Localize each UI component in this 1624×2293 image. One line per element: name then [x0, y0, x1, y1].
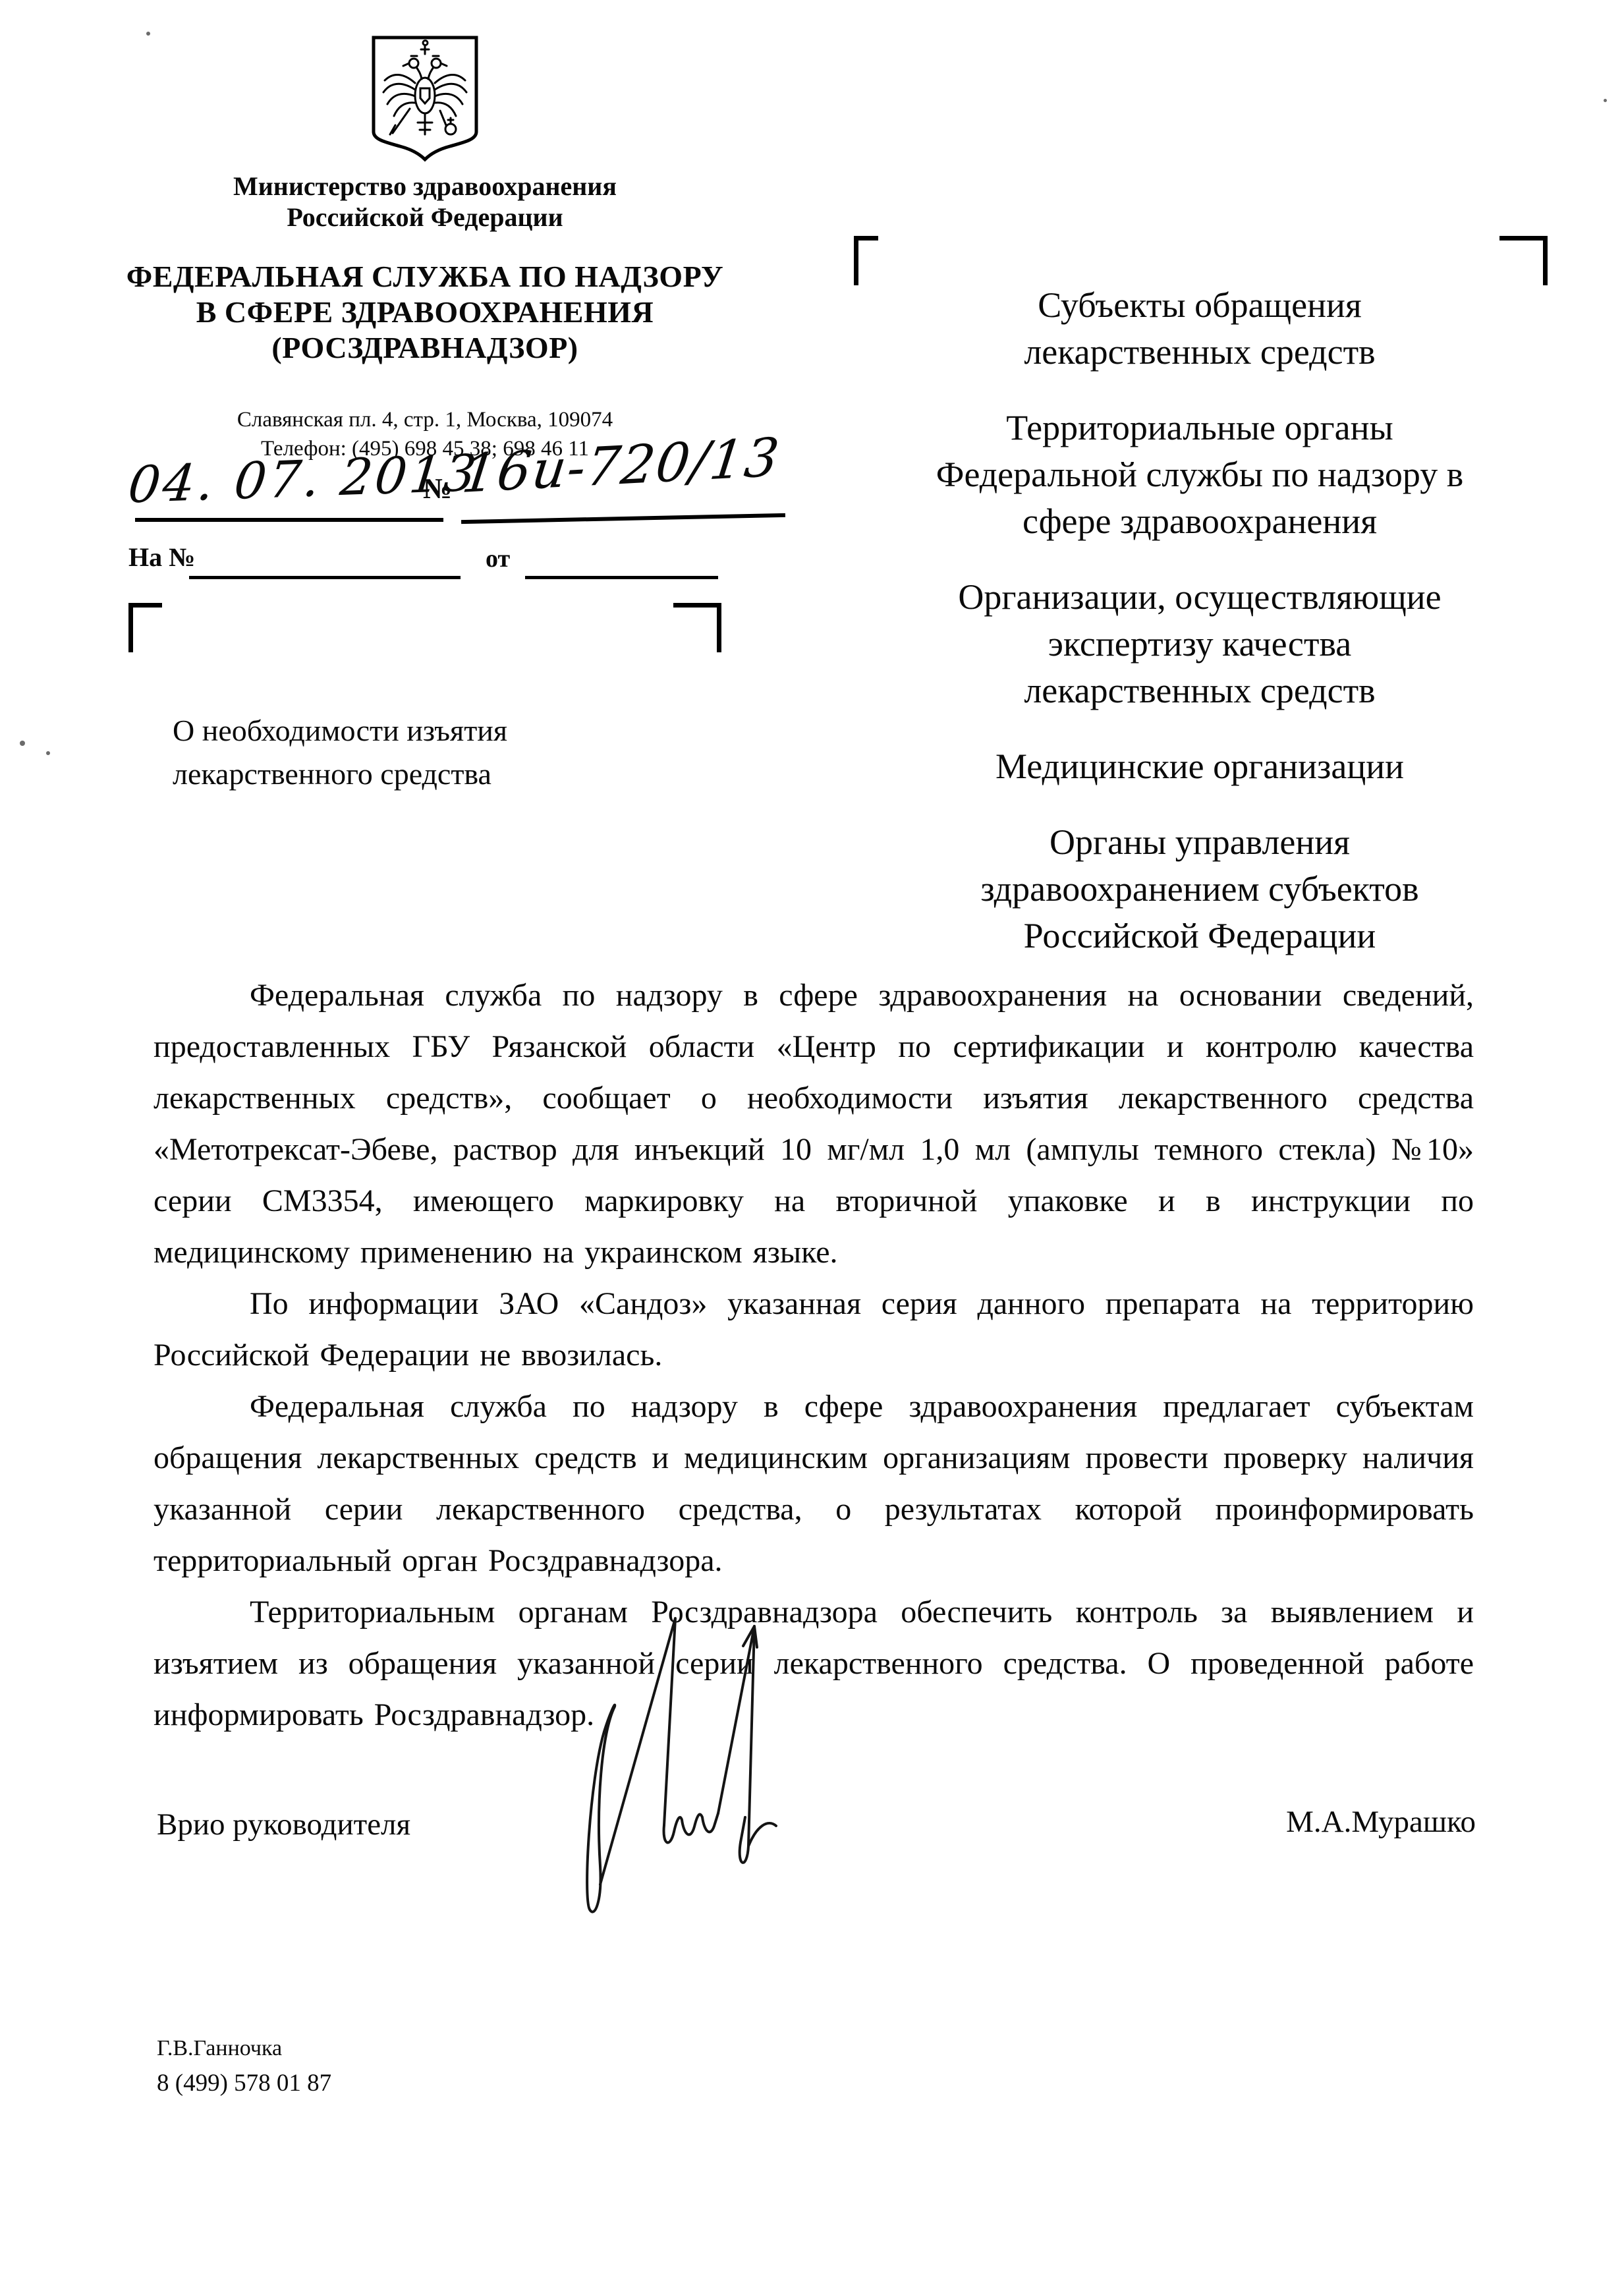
- reply-from-label: от: [486, 544, 510, 573]
- body-paragraph: Федеральная служба по надзору в сфере зд…: [154, 1381, 1474, 1587]
- signer-name: М.А.Мурашко: [1252, 1804, 1476, 1840]
- signer-title: Врио руководителя: [157, 1807, 410, 1842]
- recipient-group: Субъекты обращения лекарственных средств: [853, 282, 1546, 376]
- recipient-frame-corner-left: [854, 236, 878, 285]
- body-paragraph: Федеральная служба по надзору в сфере зд…: [154, 970, 1474, 1278]
- recipient-group: Организации, осуществляющие экспертизу к…: [853, 574, 1546, 714]
- scan-speck: [20, 741, 25, 746]
- address-frame-corner-right: [673, 603, 721, 652]
- number-underline: [461, 513, 785, 524]
- recipient-group: Органы управления здравоохранением субъе…: [853, 819, 1546, 959]
- scanned-letter-page: { "letterhead": { "ministry": "Министерс…: [0, 0, 1624, 2293]
- executor-phone: 8 (499) 578 01 87: [157, 2069, 331, 2097]
- scan-speck: [146, 32, 150, 36]
- reply-number-underline: [189, 576, 461, 579]
- body-paragraph: По информации ЗАО «Сандоз» указанная сер…: [154, 1278, 1474, 1381]
- signature-scribble-icon: [557, 1608, 840, 1957]
- letterhead: Министерство здравоохранения Российской …: [69, 33, 781, 463]
- scan-speck: [1604, 99, 1607, 102]
- date-underline: [135, 518, 443, 522]
- org-address: Славянская пл. 4, стр. 1, Москва, 109074: [69, 405, 781, 434]
- recipient-group: Медицинские организации: [853, 743, 1546, 790]
- recipient-group: Территориальные органы Федеральной служб…: [853, 405, 1546, 545]
- subject-text: О необходимости изъятия лекарственного с…: [173, 709, 766, 796]
- reply-from-underline: [525, 576, 718, 579]
- recipients-list: Субъекты обращения лекарственных средств…: [853, 282, 1546, 988]
- coat-of-arms-icon: [369, 33, 481, 162]
- number-sign: №: [423, 472, 452, 505]
- recipient-frame-corner-right: [1499, 236, 1548, 285]
- ministry-name: Министерство здравоохранения Российской …: [69, 171, 781, 233]
- executor-name: Г.В.Ганночка: [157, 2036, 282, 2061]
- address-frame-corner-left: [128, 603, 162, 652]
- service-name: ФЕДЕРАЛЬНАЯ СЛУЖБА ПО НАДЗОРУ В СФЕРЕ ЗД…: [69, 259, 781, 366]
- scan-speck: [46, 751, 50, 755]
- reply-number-label: На №: [128, 542, 195, 573]
